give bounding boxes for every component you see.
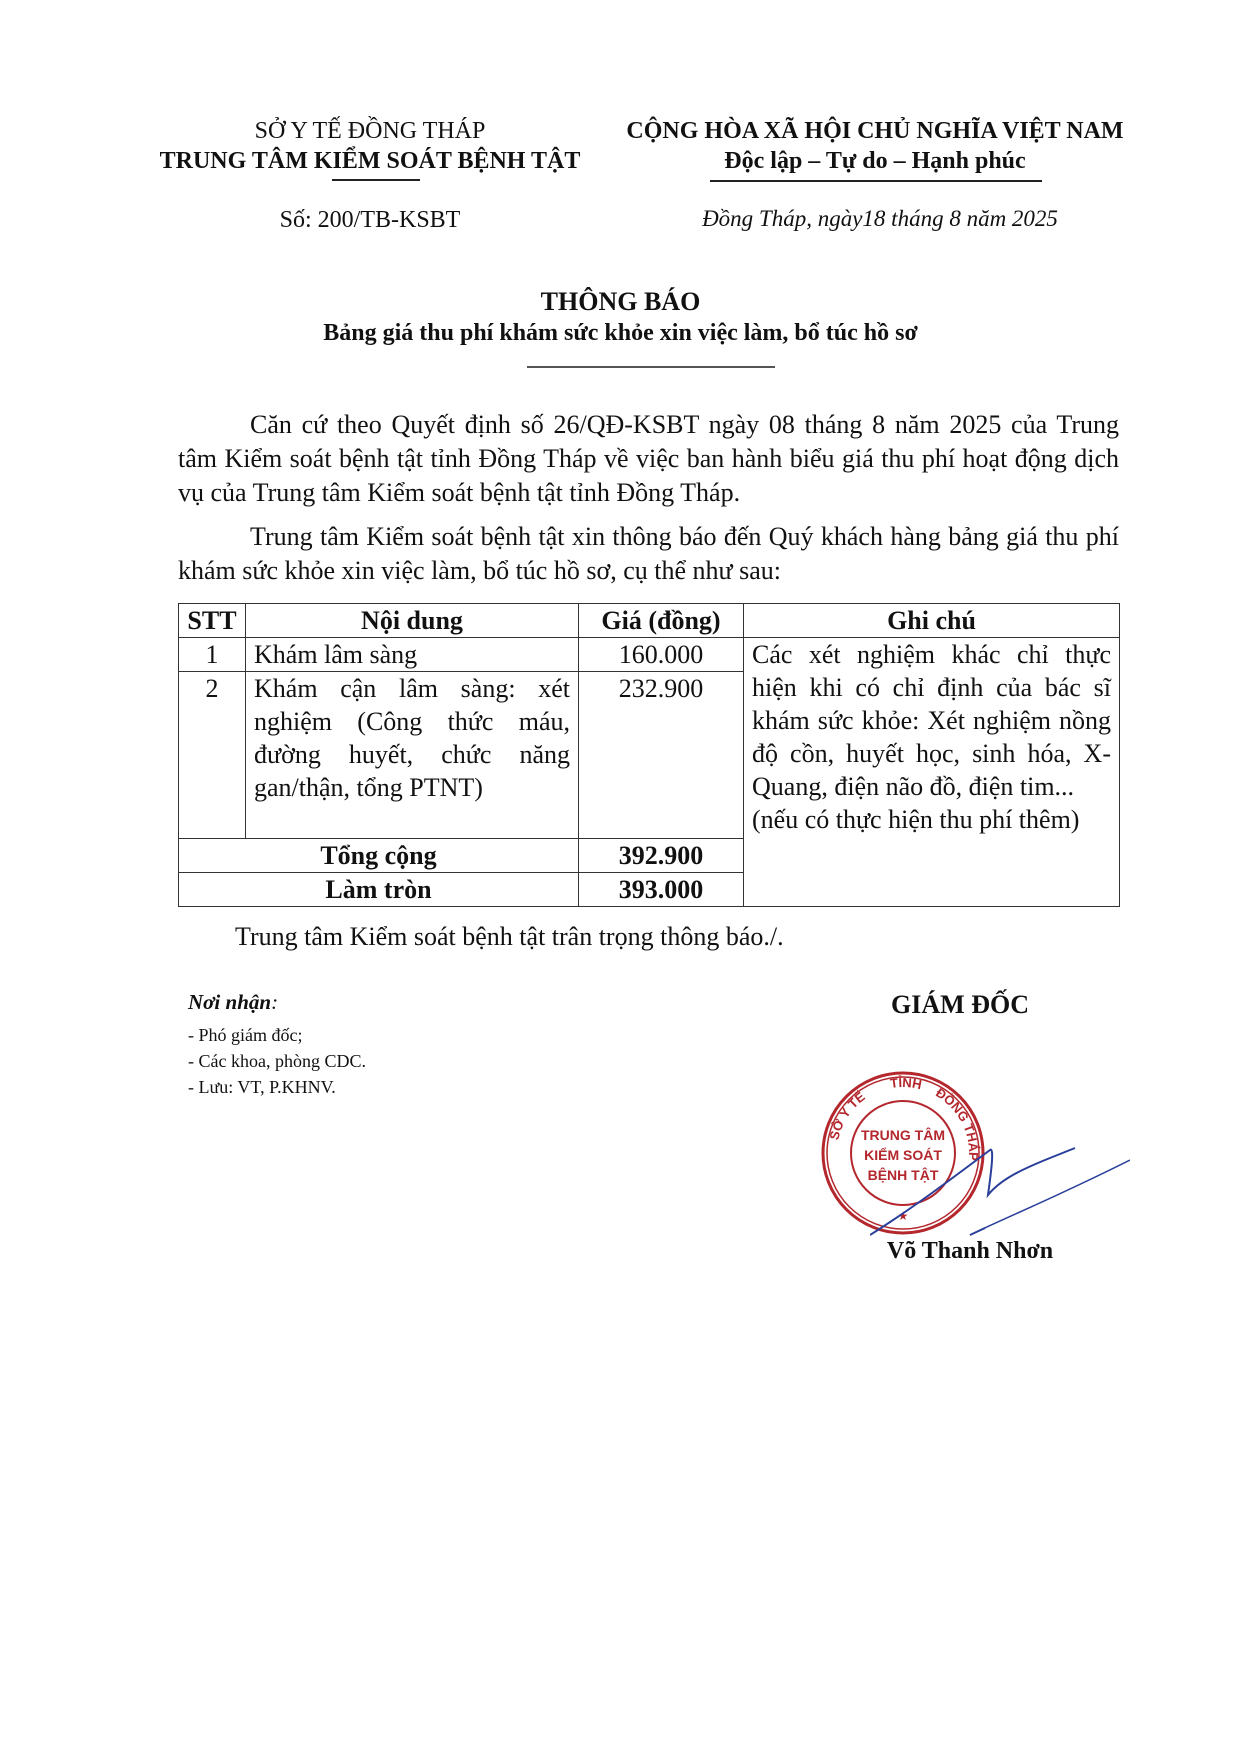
recipient-item: - Các khoa, phòng CDC.	[188, 1048, 366, 1074]
document-title: THÔNG BÁO	[0, 285, 1241, 319]
table-header-row: STT Nội dung Giá (đồng) Ghi chú	[179, 604, 1120, 638]
row-stt: 2	[179, 672, 246, 839]
total-value: 392.900	[579, 839, 744, 873]
body-text: Căn cứ theo Quyết định số 26/QĐ-KSBT ngà…	[178, 408, 1119, 588]
signer-title: GIÁM ĐỐC	[820, 990, 1100, 1020]
rounded-label: Làm tròn	[179, 873, 579, 907]
svg-text:TỈNH: TỈNH	[889, 1075, 923, 1092]
place-date: Đồng Tháp, ngày18 tháng 8 năm 2025	[600, 206, 1160, 232]
header-content: Nội dung	[246, 604, 579, 638]
note-extra: (nếu có thực hiện thu phí thêm)	[752, 803, 1111, 836]
paragraph-legal-basis: Căn cứ theo Quyết định số 26/QĐ-KSBT ngà…	[178, 408, 1119, 510]
note-cell: Các xét nghiệm khác chỉ thực hiện khi có…	[744, 638, 1120, 907]
recipients-colon: :	[271, 990, 278, 1014]
row-stt: 1	[179, 638, 246, 672]
motto-underline	[710, 180, 1042, 182]
national-header: CỘNG HÒA XÃ HỘI CHỦ NGHĨA VIỆT NAM Độc l…	[600, 116, 1150, 176]
title-underline	[527, 366, 775, 368]
row-price: 160.000	[579, 638, 744, 672]
signer-name: Võ Thanh Nhơn	[820, 1238, 1120, 1265]
row-content: Khám cận lâm sàng: xét nghiệm (Công thức…	[246, 672, 579, 839]
fee-table: STT Nội dung Giá (đồng) Ghi chú 1 Khám l…	[178, 603, 1120, 907]
paragraph-announcement: Trung tâm Kiểm soát bệnh tật xin thông b…	[178, 520, 1119, 588]
agency-underline	[332, 179, 420, 181]
table-row: 1 Khám lâm sàng 160.000 Các xét nghiệm k…	[179, 638, 1120, 672]
row-content: Khám lâm sàng	[246, 638, 579, 672]
national-title: CỘNG HÒA XÃ HỘI CHỦ NGHĨA VIỆT NAM	[600, 116, 1150, 146]
agency-header: SỞ Y TẾ ĐỒNG THÁP TRUNG TÂM KIỂM SOÁT BỆ…	[150, 116, 590, 176]
rounded-value: 393.000	[579, 873, 744, 907]
row-price: 232.900	[579, 672, 744, 839]
handwritten-signature-icon	[870, 1140, 1130, 1250]
total-label: Tổng cộng	[179, 839, 579, 873]
note-text: Các xét nghiệm khác chỉ thực hiện khi có…	[752, 638, 1111, 803]
header-price: Giá (đồng)	[579, 604, 744, 638]
recipients-title: Nơi nhận:	[188, 990, 278, 1015]
header-note: Ghi chú	[744, 604, 1120, 638]
recipients-label: Nơi nhận	[188, 990, 271, 1014]
national-motto: Độc lập – Tự do – Hạnh phúc	[600, 146, 1150, 176]
header-stt: STT	[179, 604, 246, 638]
recipient-item: - Phó giám đốc;	[188, 1022, 366, 1048]
document-subtitle: Bảng giá thu phí khám sức khỏe xin việc …	[0, 320, 1241, 347]
recipient-item: - Lưu: VT, P.KHNV.	[188, 1074, 366, 1100]
recipients-list: - Phó giám đốc; - Các khoa, phòng CDC. -…	[188, 1022, 366, 1100]
parent-agency: SỞ Y TẾ ĐỒNG THÁP	[150, 116, 590, 146]
document-number: Số: 200/TB-KSBT	[150, 207, 590, 234]
closing-line: Trung tâm Kiểm soát bệnh tật trân trọng …	[235, 922, 784, 952]
agency-name: TRUNG TÂM KIỂM SOÁT BỆNH TẬT	[150, 146, 590, 176]
